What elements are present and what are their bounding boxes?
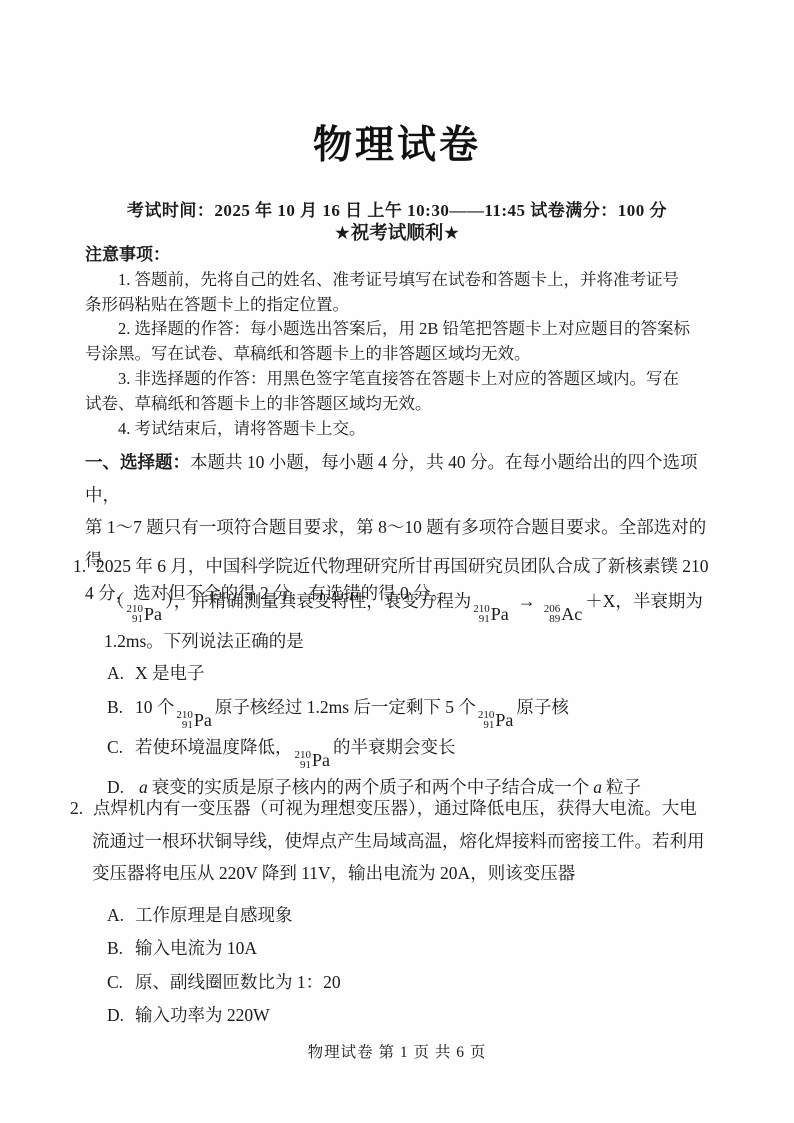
nuclide-symbol: Ac [561,605,582,623]
nuclide-z: 91 [483,720,494,730]
note-line-2a: 2. 选择题的作答：每小题选出答案后，用 2B 铅笔把答题卡上对应题目的答案标 [85,317,717,342]
option-label: A. [107,899,135,932]
nuclide-symbol: Pa [491,605,509,623]
q1-line-1: 1.2025 年 6 月，中国科学院近代物理研究所甘再国研究员团队合成了新核素镤… [73,549,721,584]
q1-option-a: A.X 是电子 [107,656,727,690]
q2-option-d: D.输入功率为 220W [107,999,727,1032]
nuclide-pa-210: 21091Pa [478,710,514,730]
note-line-1b: 条形码粘贴在答题卡上的指定位置。 [85,293,717,318]
section-line-1: 一、选择题：本题共 10 小题，每小题 4 分，共 40 分。在每小题给出的四个… [85,446,719,511]
question-2-options: A.工作原理是自感现象 B.输入电流为 10A C.原、副线圈匝数比为 1：20… [107,899,727,1033]
option-label: B. [107,932,135,965]
nuclide-symbol: Pa [194,711,212,729]
note-line-4: 4. 考试结束后，请将答题卡上交。 [85,417,717,442]
notes-section: 注意事项： 1. 答题前，先将自己的姓名、准考证号填写在试卷和答题卡上，并将准考… [85,243,717,441]
q1-line-3: 1.2ms。下列说法正确的是 [73,624,721,659]
q2-line-2: 流通过一根环状铜导线，使焊点产生局域高温，熔化焊接料而密接工件。若利用 [70,825,720,858]
q1-paren-open: （ [107,591,125,611]
question-2-stem: 2.点焊机内有一变压器（可视为理想变压器），通过降低电压，获得大电流。大电 流通… [70,792,720,890]
note-line-1a: 1. 答题前，先将自己的姓名、准考证号填写在试卷和答题卡上，并将准考证号 [85,268,717,293]
option-label: B. [107,690,135,724]
option-text: 原子核经过 1.2ms 后一定剩下 5 个 [215,697,476,717]
option-text: 工作原理是自感现象 [135,905,293,925]
nuclide-symbol: Pa [312,751,330,769]
option-label: A. [107,656,135,690]
nuclide-symbol: Pa [144,605,162,623]
option-text: 若使环境温度降低， [135,737,293,757]
q2-stem-text-1: 点焊机内有一变压器（可视为理想变压器），通过降低电压，获得大电流。大电 [93,798,697,818]
note-line-3a: 3. 非选择题的作答：用黑色签字笔直接答在答题卡上对应的答题区域内。写在 [85,367,717,392]
option-label: C. [107,730,135,764]
question-1-options: A.X 是电子 B.10 个21091Pa原子核经过 1.2ms 后一定剩下 5… [107,656,727,804]
option-text: 的半衰期会变长 [333,737,456,757]
note-line-2b: 号涂黑。写在试卷、草稿纸和答题卡上的非答题区域均无效。 [85,342,717,367]
decay-arrow: → [512,591,542,611]
q2-line-1: 2.点焊机内有一变压器（可视为理想变压器），通过降低电压，获得大电流。大电 [70,792,720,825]
nuclide-z: 91 [182,720,193,730]
nuclide-pa-210: 21091Pa [176,710,212,730]
q2-option-a: A.工作原理是自感现象 [107,899,727,932]
note-line-3b: 试卷、草稿纸和答题卡上的非答题区域均无效。 [85,392,717,417]
nuclide-ac-206: 20689Ac [544,604,583,624]
nuclide-z: 91 [479,614,490,624]
q1-stem-text-1: 2025 年 6 月，中国科学院近代物理研究所甘再国研究员团队合成了新核素镤 2… [96,556,709,576]
nuclide-pa-210: 21091Pa [127,604,163,624]
nuclide-symbol: Pa [495,711,513,729]
question-1-stem: 1.2025 年 6 月，中国科学院近代物理研究所甘再国研究员团队合成了新核素镤… [73,549,721,658]
option-label: C. [107,966,135,999]
option-text: 原、副线圈匝数比为 1：20 [135,972,341,992]
q2-line-3: 变压器将电压从 220V 降到 11V，输出电流为 20A，则该变压器 [70,857,720,890]
option-text: 输入电流为 10A [135,938,257,958]
notes-heading: 注意事项： [85,243,717,268]
page-title: 物理试卷 [0,114,794,170]
nuclide-z: 89 [549,614,560,624]
q1-option-c: C.若使环境温度降低，21091Pa的半衰期会变长 [107,730,727,770]
nuclide-pa-210: 21091Pa [295,750,331,770]
q1-option-b: B.10 个21091Pa原子核经过 1.2ms 后一定剩下 5 个21091P… [107,690,727,730]
q1-number: 1. [73,549,96,584]
option-text: 10 个 [135,697,174,717]
q1-stem-text-3: ＋X，半衰期为 [585,591,703,611]
option-label: D. [107,999,135,1032]
option-text: X 是电子 [135,663,205,683]
q1-line-2: （21091Pa），并精确测量其衰变特性，衰变方程为21091Pa→20689A… [73,584,721,624]
nuclide-pa-210: 21091Pa [473,604,509,624]
exam-info-line: 考试时间：2025 年 10 月 16 日 上午 10:30——11:45 试卷… [0,196,794,221]
section-label: 一、选择题： [85,452,190,472]
q2-option-c: C.原、副线圈匝数比为 1：20 [107,966,727,999]
nuclide-z: 91 [132,614,143,624]
exam-wish-line: ★祝考试顺利★ [0,219,794,245]
nuclide-z: 91 [300,760,311,770]
page-footer: 物理试卷 第 1 页 共 6 页 [0,1040,794,1062]
option-text: 原子核 [516,697,569,717]
exam-page: 物理试卷 考试时间：2025 年 10 月 16 日 上午 10:30——11:… [0,0,794,1123]
q2-number: 2. [70,792,93,825]
q2-option-b: B.输入电流为 10A [107,932,727,965]
q1-stem-text-2: ），并精确测量其衰变特性，衰变方程为 [165,591,471,611]
option-text: 输入功率为 220W [135,1005,270,1025]
